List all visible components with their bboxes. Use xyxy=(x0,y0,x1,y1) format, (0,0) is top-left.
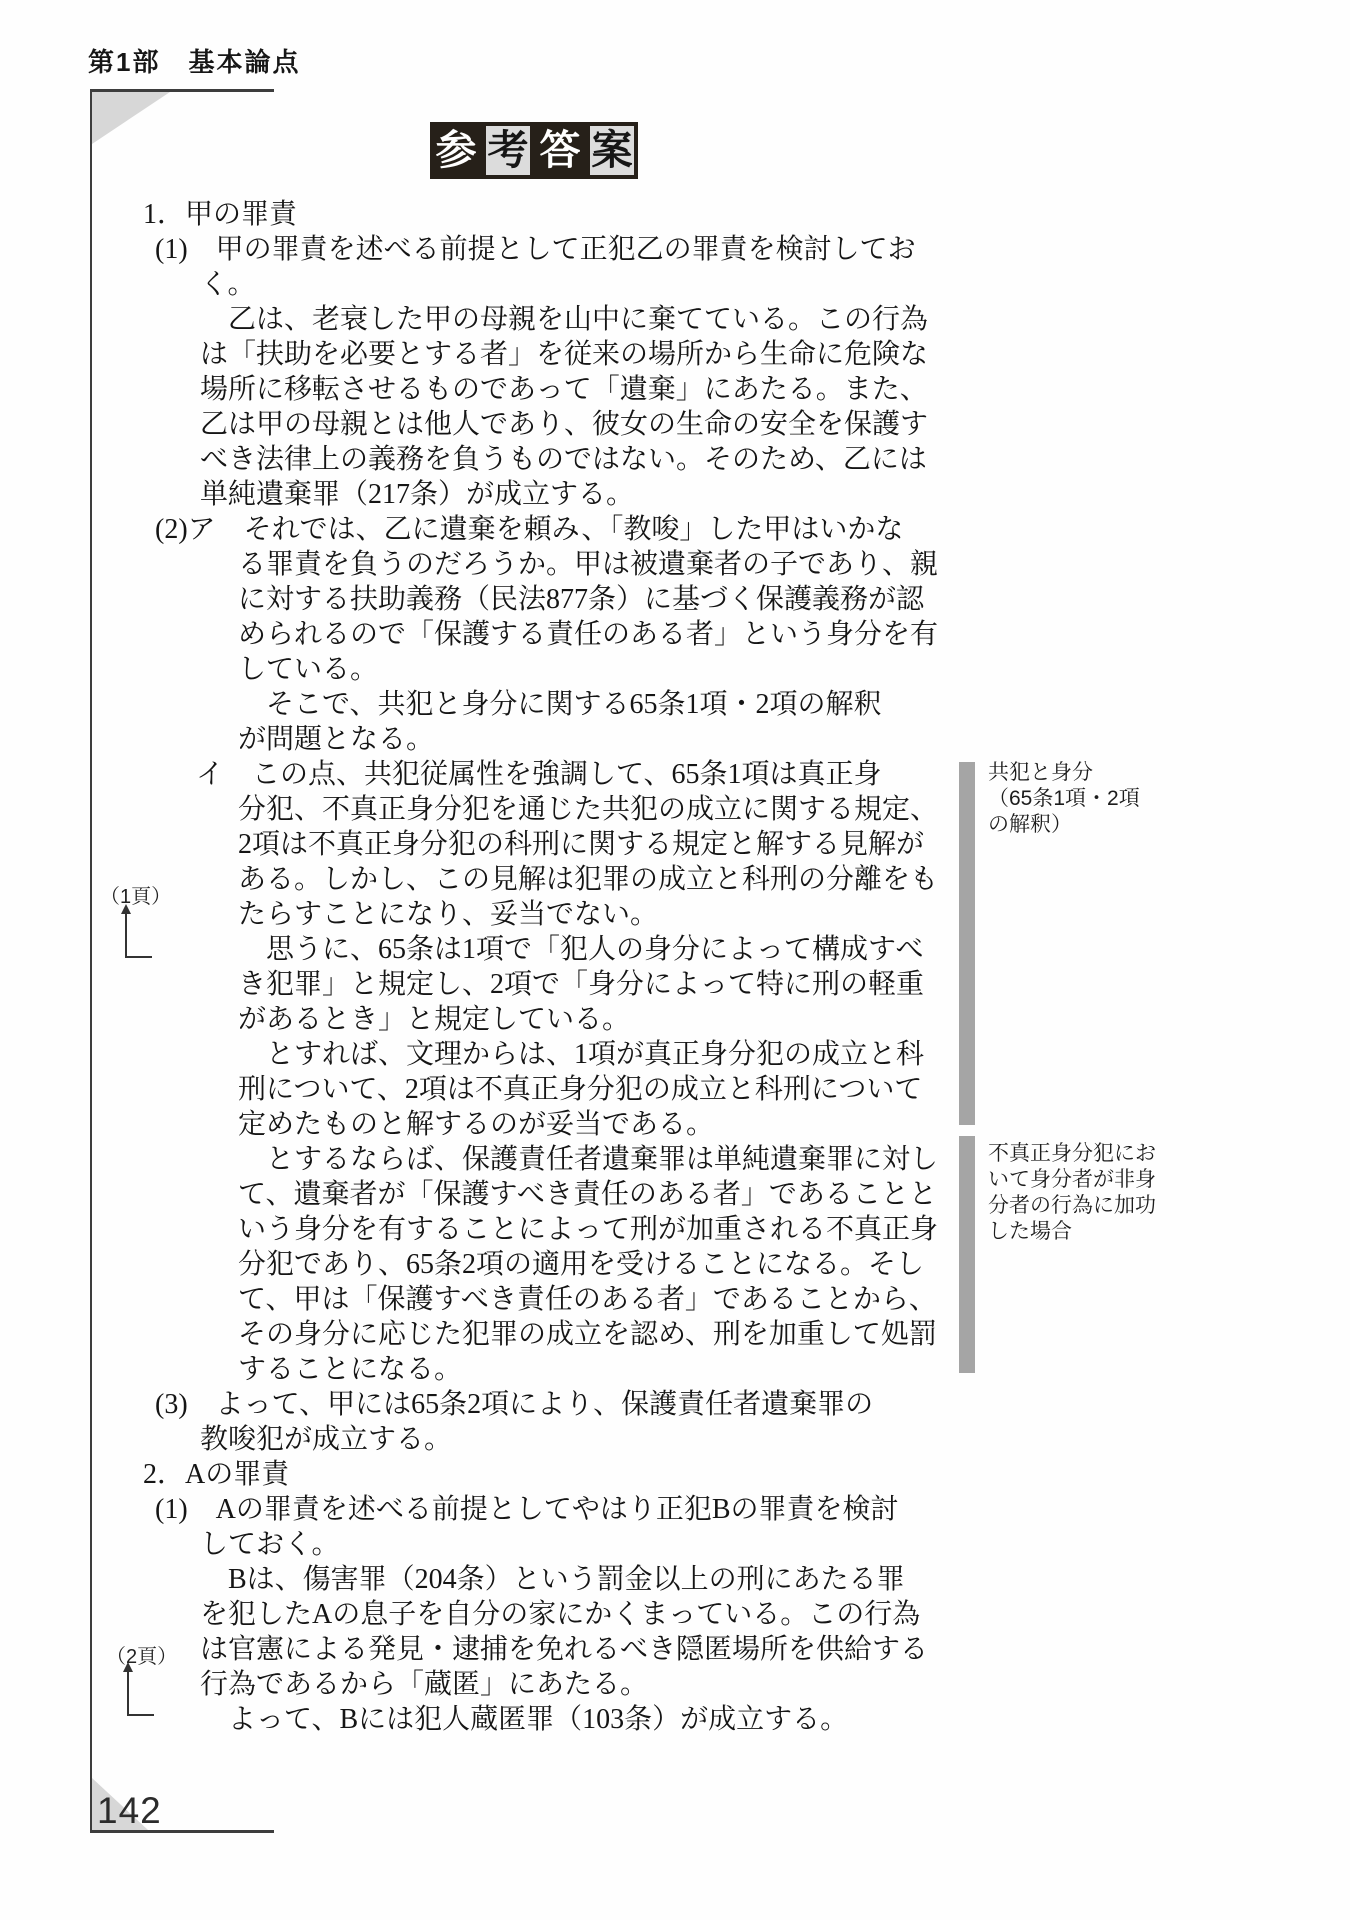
body-line: よって、Bには犯人蔵匿罪（103条）が成立する。 xyxy=(228,1702,848,1737)
margin-note-bar-1 xyxy=(959,762,975,1125)
body-line: 思うに、65条は1項で「犯人の身分によって構成すべ xyxy=(266,932,923,967)
body-line: しておく。 xyxy=(200,1527,339,1562)
page-marker-arrow-2 xyxy=(127,1670,154,1716)
body-line: そこで、共犯と身分に関する65条1項・2項の解釈 xyxy=(266,687,881,722)
body-line: ある。しかし、この見解は犯罪の成立と科刑の分離をも xyxy=(238,862,938,897)
body-line: 刑について、2項は不真正身分犯の成立と科刑について xyxy=(238,1072,922,1107)
body-line: することになる。 xyxy=(238,1352,462,1387)
body-line: があるとき」と規定している。 xyxy=(238,1002,630,1037)
body-line: は「扶助を必要とする者」を従来の場所から生命に危険な xyxy=(200,337,928,372)
page-marker-label-2: （2頁） xyxy=(106,1640,177,1669)
body-line: 単純遺棄罪（217条）が成立する。 xyxy=(200,477,634,512)
body-line: 行為であるから「蔵匿」にあたる。 xyxy=(200,1667,648,1702)
arrow-up-icon xyxy=(121,904,131,914)
body-line: 2．Aの罪責 xyxy=(143,1457,289,1492)
title-char-2: 考 xyxy=(482,122,534,179)
body-line: (3) よって、甲には65条2項により、保護責任者遺棄罪の xyxy=(155,1387,873,1422)
corner-triangle-top xyxy=(92,92,170,144)
margin-note-text-2: 不真正身分犯にお いて身分者が非身 分者の行為に加功 した場合 xyxy=(988,1141,1248,1245)
body-line: 定めたものと解するのが妥当である。 xyxy=(238,1107,714,1142)
body-line: とするならば、保護責任者遺棄罪は単純遺棄罪に対し xyxy=(266,1142,938,1177)
body-line: て、甲は「保護すべき責任のある者」であることから、 xyxy=(238,1282,937,1317)
body-line: その身分に応じた犯罪の成立を認め、刑を加重して処罰 xyxy=(238,1317,937,1352)
body-line: 乙は、老衰した甲の母親を山中に棄てている。この行為 xyxy=(228,302,928,337)
body-line: に対する扶助義務（民法877条）に基づく保護義務が認 xyxy=(238,582,924,617)
left-margin-rule xyxy=(90,89,92,1833)
body-line: (1) Aの罪責を述べる前提としてやはり正犯Bの罪責を検討 xyxy=(155,1492,899,1527)
body-line: は官憲による発見・逮捕を免れるべき隠匿場所を供給する xyxy=(200,1632,928,1667)
body-line: イ この点、共犯従属性を強調して、65条1項は真正身 xyxy=(196,757,881,792)
body-line: している。 xyxy=(238,652,378,687)
body-line: 1．甲の罪責 xyxy=(143,197,297,232)
body-line: が問題となる。 xyxy=(238,722,434,757)
body-line: (1) 甲の罪責を述べる前提として正犯乙の罪責を検討してお xyxy=(155,232,916,267)
margin-note-bar-2 xyxy=(959,1136,975,1373)
page-title: 参 考 答 案 xyxy=(430,122,638,179)
page-marker-label-1: （1頁） xyxy=(100,880,171,909)
title-char-4: 案 xyxy=(586,122,638,179)
body-line: められるので「保護する責任のある者」という身分を有 xyxy=(238,617,938,652)
body-line: て、遺棄者が「保護すべき責任のある者」であることと xyxy=(238,1177,937,1212)
body-line: 乙は甲の母親とは他人であり、彼女の生命の安全を保護す xyxy=(200,407,928,442)
body-line: を犯したAの息子を自分の家にかくまっている。この行為 xyxy=(200,1597,920,1632)
body-line: く。 xyxy=(200,267,255,302)
body-line: とすれば、文理からは、1項が真正身分犯の成立と科 xyxy=(266,1037,924,1072)
page-marker-arrow-1 xyxy=(125,912,152,958)
body-line: べき法律上の義務を負うものではない。そのため、乙には xyxy=(200,442,927,477)
title-char-1: 参 xyxy=(430,122,482,179)
page-number: 142 xyxy=(97,1790,162,1832)
margin-note-text-1: 共犯と身分 （65条1項・2項 の解釈） xyxy=(988,760,1248,838)
title-char-3: 答 xyxy=(534,122,586,179)
section-header: 第1部 基本論点 xyxy=(88,42,300,79)
body-line: 教唆犯が成立する。 xyxy=(200,1422,452,1457)
body-line: いう身分を有することによって刑が加重される不真正身 xyxy=(238,1212,938,1247)
body-line: たらすことになり、妥当でない。 xyxy=(238,897,658,932)
arrow-up-icon xyxy=(123,1662,133,1672)
body-line: る罪責を負うのだろうか。甲は被遺棄者の子であり、親 xyxy=(238,547,938,582)
body-line: Bは、傷害罪（204条）という罰金以上の刑にあたる罪 xyxy=(228,1562,905,1597)
body-line: (2)ア それでは、乙に遺棄を頼み、「教唆」した甲はいかな xyxy=(155,512,903,547)
body-line: 場所に移転させるものであって「遺棄」にあたる。また、 xyxy=(200,372,928,407)
body-line: き犯罪」と規定し、2項で「身分によって特に刑の軽重 xyxy=(238,967,924,1002)
body-line: 分犯、不真正身分犯を通じた共犯の成立に関する規定、 xyxy=(238,792,938,827)
body-line: 分犯であり、65条2項の適用を受けることになる。そし xyxy=(238,1247,924,1282)
body-line: 2項は不真正身分犯の科刑に関する規定と解する見解が xyxy=(238,827,924,862)
